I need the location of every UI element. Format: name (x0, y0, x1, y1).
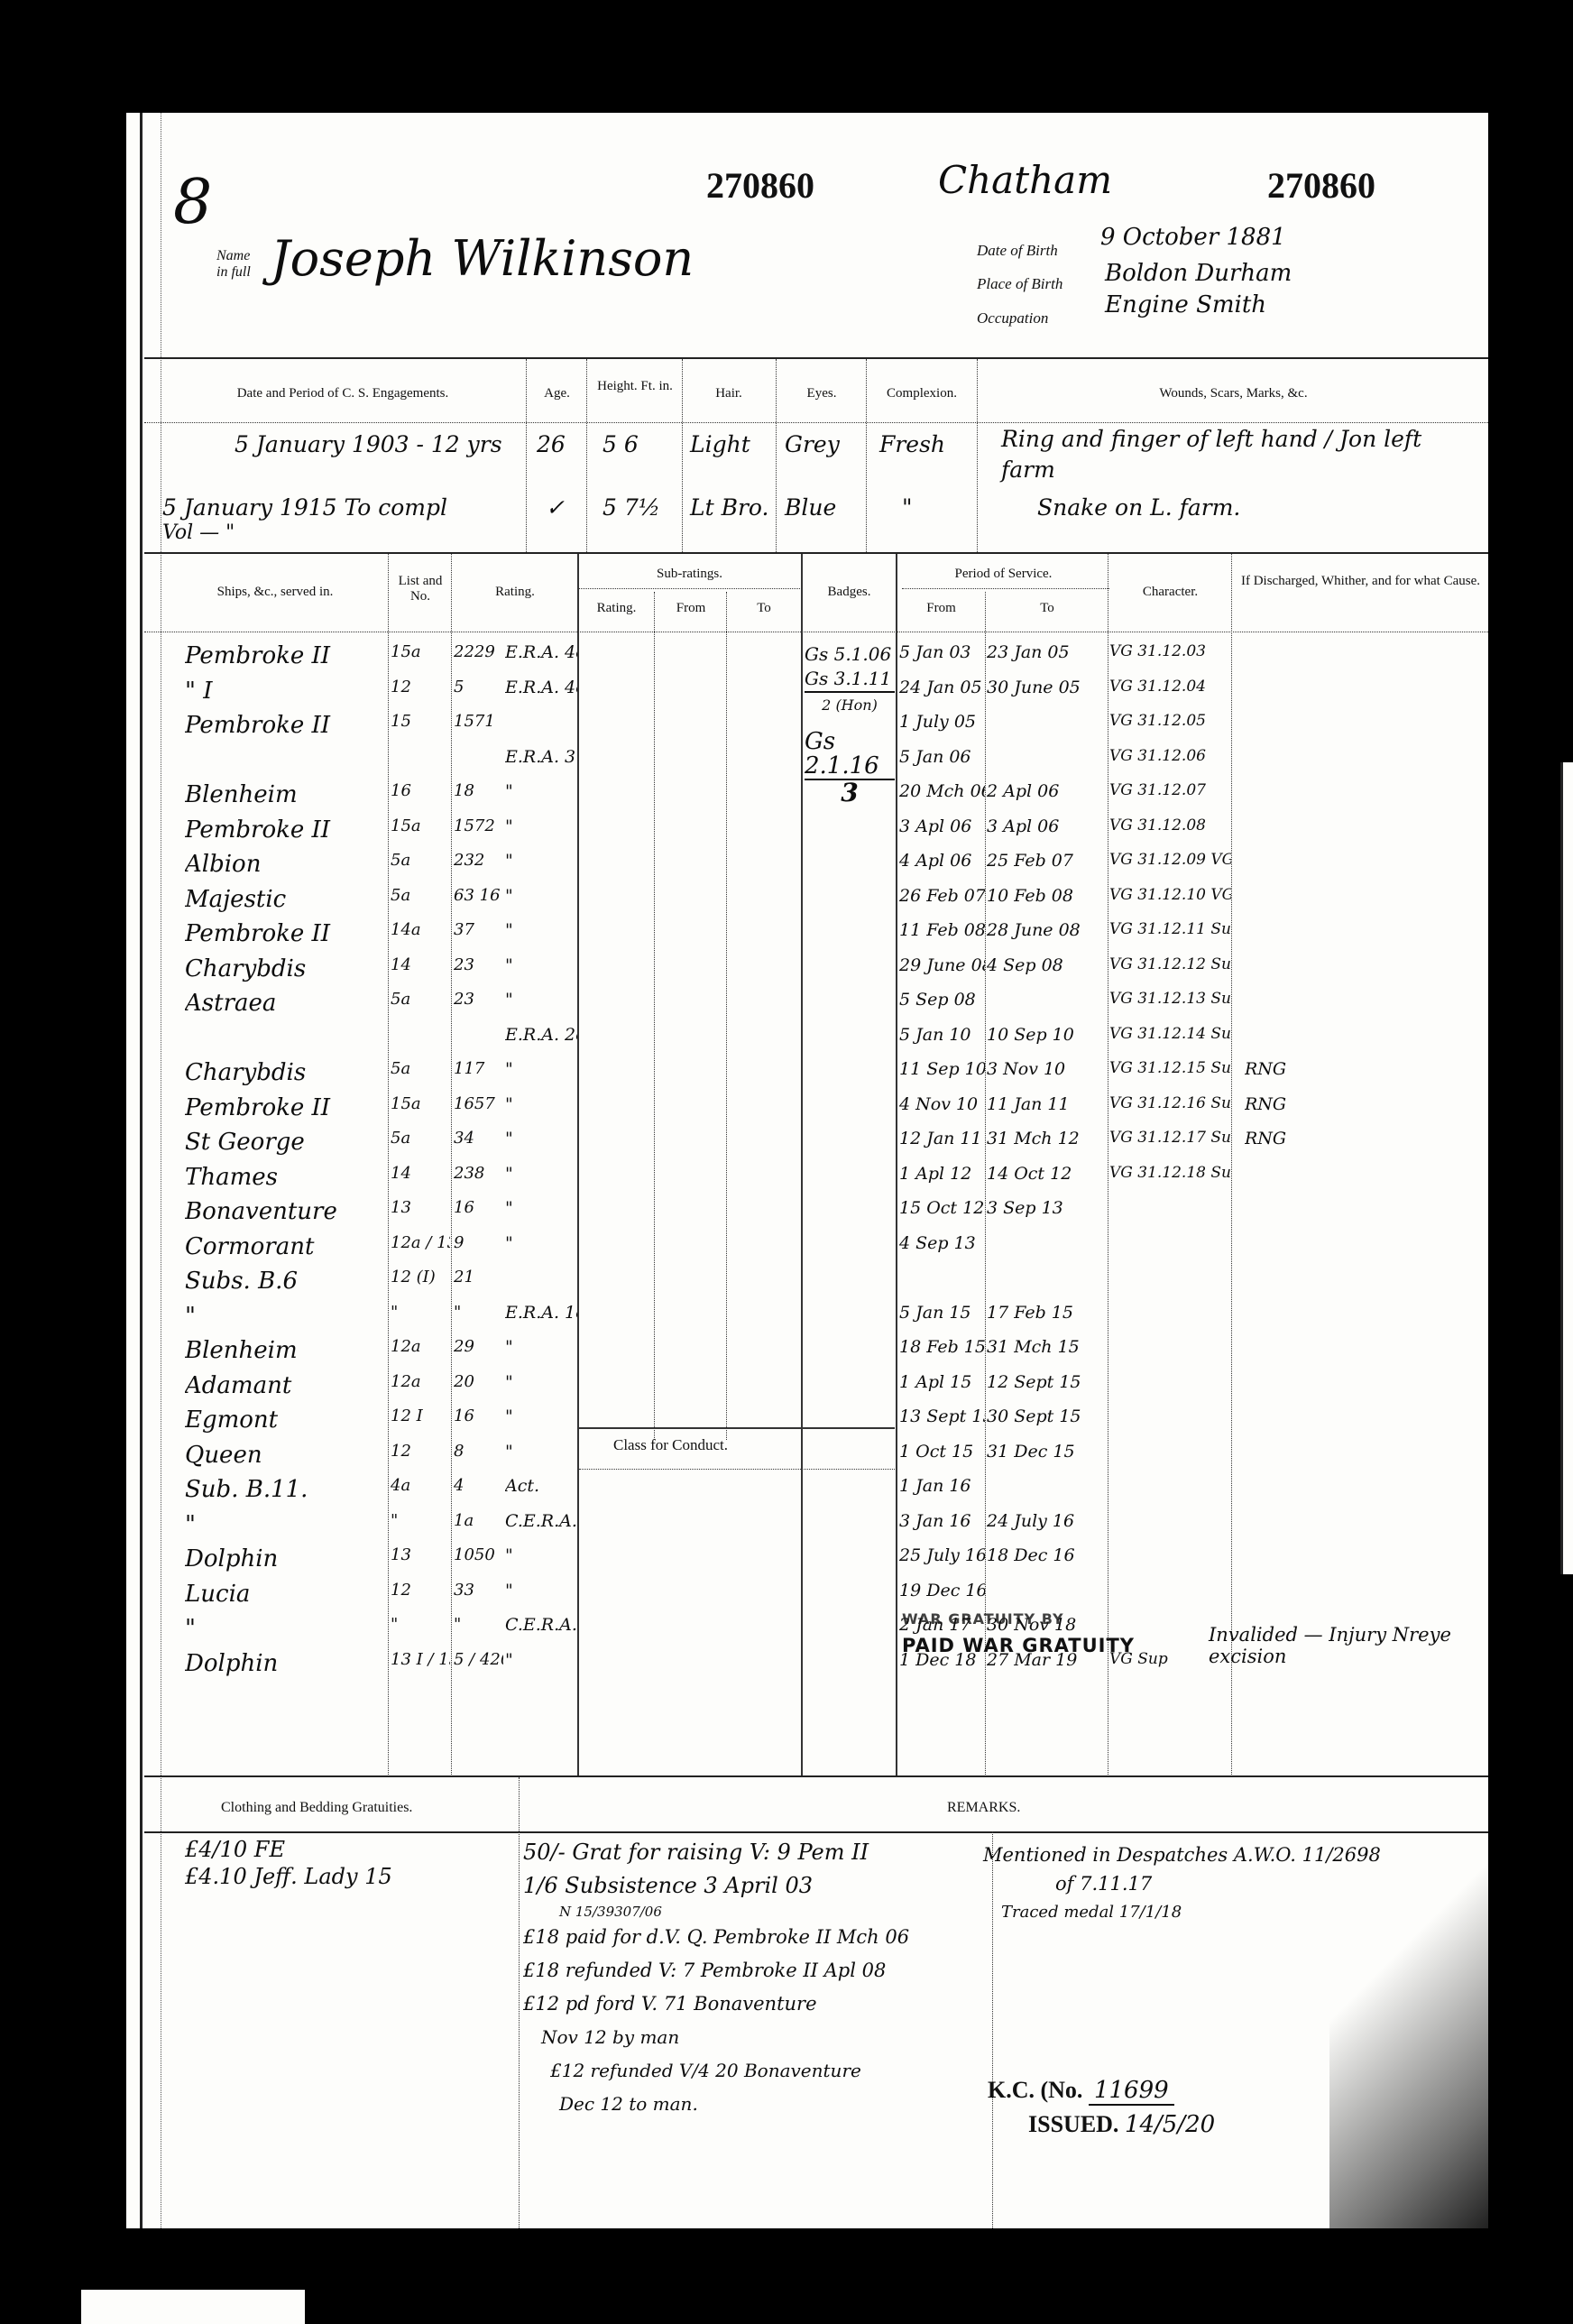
badge-5: 3 (805, 780, 895, 805)
eng1-height: 5 6 (603, 431, 639, 457)
eng1-marks: Ring and finger of left hand / Jon left … (1001, 424, 1479, 485)
service-row-rating: " (505, 1545, 577, 1565)
service-row-to: 11 Jan 11 (987, 1094, 1108, 1114)
service-row-ship: Pembroke II (185, 712, 388, 739)
service-row-from: 3 Apl 06 (899, 816, 985, 836)
label-strip (81, 2290, 305, 2324)
service-row-list: 15a (391, 816, 450, 835)
badge-1: Gs 5.1.06 (805, 642, 895, 667)
service-row-rating: E.R.A. 4cl (505, 642, 577, 662)
service-row-no: 21 (454, 1268, 503, 1286)
service-row-character: VG 31.12.15 Sup (1109, 1059, 1231, 1077)
service-row-no: 1572 (454, 816, 503, 835)
service-row-ship: Pembroke II (185, 642, 388, 669)
service-row-list: 14 (391, 955, 450, 974)
service-row-from: 1 July 05 (899, 712, 985, 732)
service-row-from: 18 Feb 15 (899, 1337, 985, 1357)
remarks-right: Mentioned in Despatches A.W.O. 11/2698 o… (983, 1840, 1488, 1927)
hdr-eyes: Eyes. (777, 386, 866, 401)
service-row-rating: " (505, 1406, 577, 1426)
service-row-character: VG 31.12.07 (1109, 781, 1231, 799)
kc-label: K.C. (No. (988, 2077, 1082, 2103)
eng2-eyes: Blue (785, 494, 836, 521)
service-row-ship: Dolphin (185, 1650, 388, 1677)
remark-6: £12 pd ford V. 71 Bonaventure (523, 1987, 992, 2021)
hdr-ships: Ships, &c., served in. (162, 585, 388, 600)
service-row-rating: " (505, 886, 577, 906)
remark-despatches: Mentioned in Despatches A.W.O. 11/2698 (983, 1840, 1488, 1869)
service-row-to: 4 Sep 08 (987, 955, 1108, 975)
hdr-badges: Badges. (803, 585, 896, 600)
occupation-value: Engine Smith (1105, 291, 1266, 318)
service-row-to: 31 Mch 15 (987, 1337, 1108, 1357)
service-row-ship: Charybdis (185, 1059, 388, 1086)
service-row-list: 12 (I) (391, 1268, 450, 1286)
service-row-character: VG 31.12.12 Sup (1109, 955, 1231, 973)
service-row-ship: Astraea (185, 990, 388, 1017)
service-row-rating: " (505, 1129, 577, 1148)
service-row-from: 4 Nov 10 (899, 1094, 985, 1114)
service-row-ship: Thames (185, 1164, 388, 1191)
service-row-ship: " (185, 1511, 388, 1538)
service-row-rating: " (505, 851, 577, 871)
service-row-no: " (454, 1303, 503, 1322)
service-row-from: 29 June 08 (899, 955, 985, 975)
service-row-no: 117 (454, 1059, 503, 1078)
eng1-period: 5 January 1903 - 12 yrs (235, 431, 502, 457)
service-row-character: VG 31.12.17 Sup (1109, 1129, 1231, 1147)
hdr-height: Height. Ft. in. (588, 379, 682, 394)
hdr-to: To (987, 601, 1108, 616)
service-row-no: 37 (454, 920, 503, 939)
service-row-rating: E.R.A. 4cl (505, 678, 577, 697)
eng2-marks: Snake on L. farm. (1037, 494, 1240, 521)
service-row-list: 15a (391, 1094, 450, 1113)
service-row-to: 10 Feb 08 (987, 886, 1108, 906)
service-row-list: 5a (391, 1059, 450, 1078)
badge-2: Gs 3.1.11 (805, 667, 895, 693)
hdr-engagements: Date and Period of C. S. Engagements. (162, 386, 523, 401)
service-row-to: 17 Feb 15 (987, 1303, 1108, 1323)
service-row-ship: Subs. B.6 (185, 1268, 388, 1295)
service-row-ship: Adamant (185, 1372, 388, 1399)
service-row-from: 11 Feb 08 (899, 920, 985, 940)
remark-4: £18 paid for d.V. Q. Pembroke II Mch 06 (523, 1921, 992, 1954)
service-row-no: 23 (454, 990, 503, 1009)
service-row-list: 12 (391, 678, 450, 696)
eng2-age: ✓ (546, 494, 565, 521)
service-row-to: 30 Sept 15 (987, 1406, 1108, 1426)
badges-list: Gs 5.1.06 Gs 3.1.11 2 (Hon) Gs 2.1.16 3 (805, 642, 895, 805)
service-row-ship: St George (185, 1129, 388, 1156)
hdr-list: List and No. (390, 574, 451, 604)
service-row-character: VG 31.12.05 (1109, 712, 1231, 730)
service-row-from: 24 Jan 05 (899, 678, 985, 697)
service-row-no: 1050 (454, 1545, 503, 1564)
remarks-left: 50/- Grat for raising V: 9 Pem II 1/6 Su… (523, 1836, 992, 2121)
service-row-from: 19 Dec 16 (899, 1581, 985, 1600)
service-row-list: 4a (391, 1476, 450, 1495)
service-row-list: 16 (391, 781, 450, 800)
service-row-ship: Dolphin (185, 1545, 388, 1572)
remarks-header: REMARKS. (947, 1800, 1020, 1816)
hdr-period: Period of Service. (897, 567, 1109, 582)
issued-date: 14/5/20 (1125, 2111, 1215, 2138)
service-row-from: 11 Sep 10 (899, 1059, 985, 1079)
binding-edge (140, 113, 161, 2228)
dob-label: Date of Birth (977, 242, 1058, 260)
service-row-character: VG 31.12.04 (1109, 678, 1231, 696)
service-row-list: 12a (391, 1337, 450, 1356)
war-gratuity-stamp-faint: WAR GRATUITY BY (902, 1610, 1064, 1628)
eng1-eyes: Grey (785, 431, 840, 457)
service-row-to: 24 July 16 (987, 1511, 1108, 1531)
service-row-to: 2 Apl 06 (987, 781, 1108, 801)
service-row-list: 5a (391, 886, 450, 905)
service-row-ship: Blenheim (185, 781, 388, 808)
service-row-rating: " (505, 1372, 577, 1392)
service-row-from: 5 Jan 15 (899, 1303, 985, 1323)
remark-7: Nov 12 by man (523, 2021, 992, 2054)
gratuities-entries: £4/10 FE £4.10 Jeff. Lady 15 (185, 1836, 392, 1890)
service-row-rating: " (505, 1650, 577, 1670)
service-row-no: 23 (454, 955, 503, 974)
service-row-from: 15 Oct 12 (899, 1198, 985, 1218)
service-row-from: 12 Jan 11 (899, 1129, 985, 1148)
service-row-discharged: RNG (1245, 1059, 1353, 1079)
service-row-rating: " (505, 1059, 577, 1079)
service-row-ship: Albion (185, 851, 388, 878)
service-row-no: 5 (454, 678, 503, 696)
service-row-to: 12 Sept 15 (987, 1372, 1108, 1392)
service-row-ship: Blenheim (185, 1337, 388, 1364)
service-row-list: 5a (391, 990, 450, 1009)
service-row-no: 20 (454, 1372, 503, 1391)
hdr-hair: Hair. (684, 386, 774, 401)
service-row-list: 12a / 13 (391, 1233, 450, 1252)
service-row-ship: Sub. B.11. (185, 1476, 388, 1503)
remark-8: £12 refunded V/4 20 Bonaventure (523, 2054, 992, 2088)
service-row-to: 31 Dec 15 (987, 1442, 1108, 1462)
hdr-wounds: Wounds, Scars, Marks, &c. (979, 386, 1488, 401)
service-row-no: 8 (454, 1442, 503, 1461)
hdr-age: Age. (528, 386, 586, 401)
hdr-subratings: Sub-ratings. (579, 567, 800, 582)
service-row-from: 5 Jan 10 (899, 1025, 985, 1045)
service-row-character: VG 31.12.09 VG (1109, 851, 1231, 869)
service-row-character: VG 31.12.18 Supr (1109, 1164, 1231, 1182)
service-row-no: 63 16 (454, 886, 503, 905)
service-row-list: 5a (391, 1129, 450, 1148)
service-row-ship: Pembroke II (185, 920, 388, 947)
kc-line: K.C. (No. 11699 (988, 2077, 1174, 2104)
service-row-rating: " (505, 920, 577, 940)
service-row-list: 13 (391, 1545, 450, 1564)
service-row-list: " (391, 1511, 450, 1530)
service-row-rating: Act. (505, 1476, 577, 1496)
pob-value: Boldon Durham (1105, 260, 1292, 287)
service-row-list: 14a (391, 920, 450, 939)
service-row-from: 1 Apl 12 (899, 1164, 985, 1184)
service-row-no: 29 (454, 1337, 503, 1356)
service-row-ship: Charybdis (185, 955, 388, 982)
service-row-ship: Lucia (185, 1581, 388, 1608)
port-division: Chatham (938, 158, 1112, 202)
service-row-from: 1 Jan 16 (899, 1476, 985, 1496)
service-row-from: 4 Sep 13 (899, 1233, 985, 1253)
service-row-from: 25 July 16 (899, 1545, 985, 1565)
service-row-rating: " (505, 1337, 577, 1357)
hdr-rating: Rating. (453, 585, 577, 600)
hdr-sub-from: From (656, 601, 726, 616)
remark-2: 1/6 Subsistence 3 April 03 (523, 1869, 992, 1903)
service-row-rating: " (505, 1198, 577, 1218)
service-row-ship: Queen (185, 1442, 388, 1469)
service-row-from: 13 Sept 15 (899, 1406, 985, 1426)
service-row-from: 1 Apl 15 (899, 1372, 985, 1392)
remark-1: 50/- Grat for raising V: 9 Pem II (523, 1836, 992, 1869)
service-row-character: VG 31.12.16 Sup (1109, 1094, 1231, 1112)
service-row-from: 3 Jan 16 (899, 1511, 985, 1531)
service-row-to: 28 June 08 (987, 920, 1108, 940)
service-row-ship: Pembroke II (185, 816, 388, 844)
eng1-hair: Light (690, 431, 750, 457)
service-row-character: VG 31.12.11 Sup (1109, 920, 1231, 938)
kc-number: 11699 (1089, 2077, 1174, 2106)
service-row-discharged: RNG (1245, 1129, 1353, 1148)
service-row-discharged: RNG (1245, 1094, 1353, 1114)
service-row-from: 26 Feb 07 (899, 886, 985, 906)
discharge-cause: Invalided — Injury Nreye excision (1209, 1624, 1479, 1667)
badge-4: Gs 2.1.16 (805, 730, 895, 780)
gratuities-header: Clothing and Bedding Gratuities. (221, 1800, 412, 1816)
service-row-ship: Bonaventure (185, 1198, 388, 1225)
service-row-from: 4 Apl 06 (899, 851, 985, 871)
service-row-no: 9 (454, 1233, 503, 1252)
class-for-conduct-label: Class for Conduct. (613, 1436, 728, 1454)
service-row-to: 23 Jan 05 (987, 642, 1108, 662)
service-row-no: 1657 (454, 1094, 503, 1113)
service-row-rating: " (505, 1233, 577, 1253)
service-row-list: 12 (391, 1581, 450, 1600)
service-row-from: 1 Oct 15 (899, 1442, 985, 1462)
remark-despatches-date: of 7.11.17 (983, 1869, 1488, 1898)
service-row-list: 5a (391, 851, 450, 870)
service-row-no: " (454, 1615, 503, 1634)
service-row-no: 34 (454, 1129, 503, 1148)
service-row-rating: " (505, 1581, 577, 1600)
service-row-no: 16 (454, 1198, 503, 1217)
name-label-line1: Name (216, 248, 251, 264)
service-row-rating: " (505, 955, 577, 975)
adjacent-page-edge (1560, 762, 1573, 1574)
service-row-rating: " (505, 816, 577, 836)
service-row-from: 5 Jan 06 (899, 747, 985, 767)
service-row-from: 5 Jan 03 (899, 642, 985, 662)
service-row-list: 12a (391, 1372, 450, 1391)
hdr-discharged: If Discharged, Whither, and for what Cau… (1233, 574, 1488, 589)
service-row-rating: " (505, 1164, 577, 1184)
service-row-ship: " I (185, 678, 388, 705)
service-row-to: 25 Feb 07 (987, 851, 1108, 871)
eng1-age: 26 (537, 431, 566, 457)
service-row-list: 13 (391, 1198, 450, 1217)
service-row-no: 16 (454, 1406, 503, 1425)
service-row-from: 20 Mch 06 (899, 781, 985, 801)
service-row-character: VG 31.12.03 (1109, 642, 1231, 660)
service-row-character: VG 31.12.08 (1109, 816, 1231, 835)
service-row-no: 2229 (454, 642, 503, 661)
service-row-to: 3 Sep 13 (987, 1198, 1108, 1218)
service-row-no: 1571 (454, 712, 503, 731)
service-row-no: 1a (454, 1511, 503, 1530)
paid-war-gratuity-stamp: PAID WAR GRATUITY (902, 1635, 1135, 1656)
pob-label: Place of Birth (977, 275, 1062, 293)
issued-label: ISSUED. (1028, 2111, 1118, 2137)
service-row-rating: C.E.R.A. II (505, 1615, 577, 1635)
occupation-label: Occupation (977, 309, 1048, 327)
service-row-to: 30 June 05 (987, 678, 1108, 697)
service-row-rating: C.E.R.A. 2 (505, 1511, 577, 1531)
gratuity-entry-1: £4/10 FE (185, 1836, 392, 1863)
service-row-rating: " (505, 1442, 577, 1462)
service-row-no: 4 (454, 1476, 503, 1495)
badge-3: 2 (Hon) (805, 693, 895, 717)
service-row-list: " (391, 1615, 450, 1634)
service-row-ship: Cormorant (185, 1233, 388, 1260)
service-row-character: VG 31.12.14 Supr. (1109, 1025, 1231, 1043)
service-row-rating: " (505, 1094, 577, 1114)
eng2-period: 5 January 1915 To compl (162, 494, 447, 521)
service-row-no: 232 (454, 851, 503, 870)
service-row-character: VG 31.12.10 VG (1109, 886, 1231, 904)
eng2-complexion: " (902, 494, 913, 521)
service-row-rating: E.R.A. 2cl (505, 1025, 577, 1045)
service-row-to: 3 Nov 10 (987, 1059, 1108, 1079)
eng2-hair: Lt Bro. (690, 494, 768, 521)
service-row-ship: Pembroke II (185, 1094, 388, 1121)
service-row-no: 18 (454, 781, 503, 800)
service-row-list: 15a (391, 642, 450, 661)
service-row-list: 15 (391, 712, 450, 731)
name-value: Joseph Wilkinson (271, 230, 694, 287)
service-row-no: 5 / 420 (454, 1650, 503, 1669)
service-row-rating: " (505, 781, 577, 801)
service-row-no: 238 (454, 1164, 503, 1183)
remark-5: £18 refunded V: 7 Pembroke II Apl 08 (523, 1954, 992, 1987)
issued-line: ISSUED. 14/5/20 (1028, 2111, 1215, 2138)
service-row-from: 5 Sep 08 (899, 990, 985, 1010)
service-row-ship: Egmont (185, 1406, 388, 1434)
service-row-rating: E.R.A. 3 (505, 747, 577, 767)
name-label-line2: in full (216, 264, 251, 281)
service-row-list: 13 I / 13 Pt (391, 1650, 450, 1669)
name-label: Name in full (216, 248, 251, 281)
hdr-from: From (897, 601, 985, 616)
dob-value: 9 October 1881 (1100, 224, 1286, 251)
remark-3: N 15/39307/06 (523, 1903, 992, 1921)
hdr-sub-rating: Rating. (579, 601, 654, 616)
service-row-to: 31 Mch 12 (987, 1129, 1108, 1148)
official-number-right: 270860 (1267, 164, 1375, 207)
service-row-ship: " (185, 1615, 388, 1642)
service-row-list: 12 I (391, 1406, 450, 1425)
service-row-to: 18 Dec 16 (987, 1545, 1108, 1565)
hdr-complexion: Complexion. (868, 386, 976, 401)
service-row-ship: Majestic (185, 886, 388, 913)
service-row-list: " (391, 1303, 450, 1322)
service-row-rating: " (505, 990, 577, 1010)
hdr-sub-to: To (728, 601, 800, 616)
service-row-to: 3 Apl 06 (987, 816, 1108, 836)
official-number-left: 270860 (706, 164, 814, 207)
hdr-character: Character. (1109, 585, 1231, 600)
service-row-list: 14 (391, 1164, 450, 1183)
service-row-rating: E.R.A. 1cl (505, 1303, 577, 1323)
folio-mark: 8 (173, 167, 212, 238)
service-row-list: 12 (391, 1442, 450, 1461)
remark-9: Dec 12 to man. (523, 2088, 992, 2121)
eng2-period-2: Vol — " (162, 521, 235, 544)
gratuity-entry-2: £4.10 Jeff. Lady 15 (185, 1863, 392, 1890)
service-row-ship: " (185, 1303, 388, 1330)
service-row-to: 14 Oct 12 (987, 1164, 1108, 1184)
eng2-height: 5 7½ (603, 494, 660, 521)
service-row-character: VG 31.12.13 Sup (1109, 990, 1231, 1008)
service-row-character: VG 31.12.06 (1109, 747, 1231, 765)
service-row-to: 10 Sep 10 (987, 1025, 1108, 1045)
service-row-no: 33 (454, 1581, 503, 1600)
remark-traced-medal: Traced medal 17/1/18 (983, 1898, 1488, 1927)
eng1-complexion: Fresh (879, 431, 945, 457)
